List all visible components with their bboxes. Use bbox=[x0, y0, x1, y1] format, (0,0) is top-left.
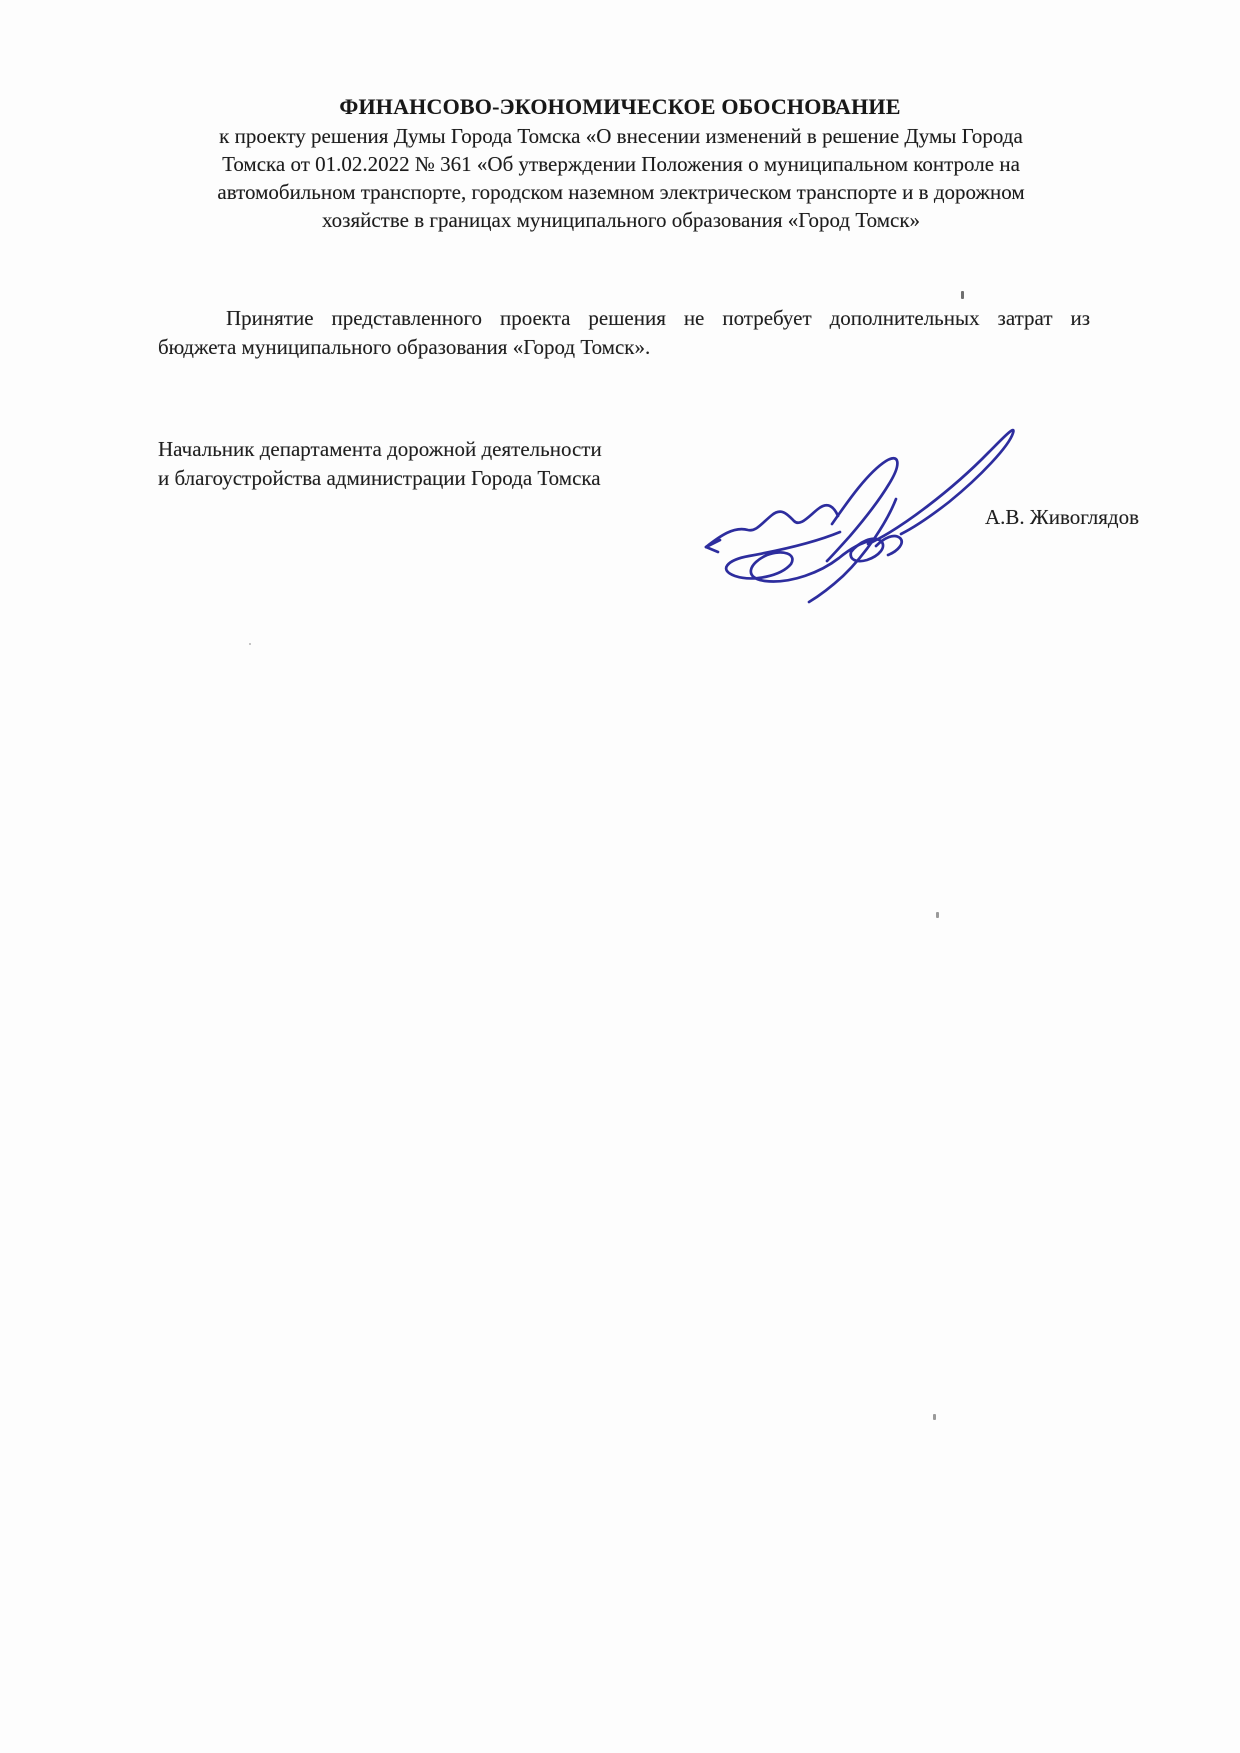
document-page: ФИНАНСОВО-ЭКОНОМИЧЕСКОЕ ОБОСНОВАНИЕ к пр… bbox=[0, 0, 1240, 1753]
signature-ink-strokes bbox=[706, 430, 1013, 602]
scan-speck bbox=[961, 291, 964, 299]
body-line-1: Принятие представленного проекта решения… bbox=[158, 304, 1090, 333]
body-line-2: бюджета муниципального образования «Горо… bbox=[158, 333, 1090, 362]
subtitle-line: к проекту решения Думы Города Томска «О … bbox=[155, 122, 1087, 150]
scan-speck bbox=[933, 1414, 936, 1420]
signer-position: Начальник департамента дорожной деятельн… bbox=[158, 435, 602, 493]
subtitle-line: Томска от 01.02.2022 № 361 «Об утвержден… bbox=[155, 150, 1087, 178]
document-subtitle: к проекту решения Думы Города Томска «О … bbox=[155, 122, 1087, 234]
body-paragraph: Принятие представленного проекта решения… bbox=[158, 304, 1090, 361]
document-title: ФИНАНСОВО-ЭКОНОМИЧЕСКОЕ ОБОСНОВАНИЕ bbox=[0, 94, 1240, 120]
signer-position-line-1: Начальник департамента дорожной деятельн… bbox=[158, 435, 602, 464]
signer-position-line-2: и благоустройства администрации Города Т… bbox=[158, 464, 602, 493]
handwritten-signature-icon bbox=[690, 403, 1026, 607]
subtitle-line: автомобильном транспорте, городском назе… bbox=[155, 178, 1087, 206]
subtitle-line: хозяйстве в границах муниципального обра… bbox=[155, 206, 1087, 234]
scan-speck bbox=[936, 912, 939, 918]
scan-speck bbox=[249, 643, 251, 645]
signer-name: А.В. Живоглядов bbox=[985, 505, 1139, 530]
